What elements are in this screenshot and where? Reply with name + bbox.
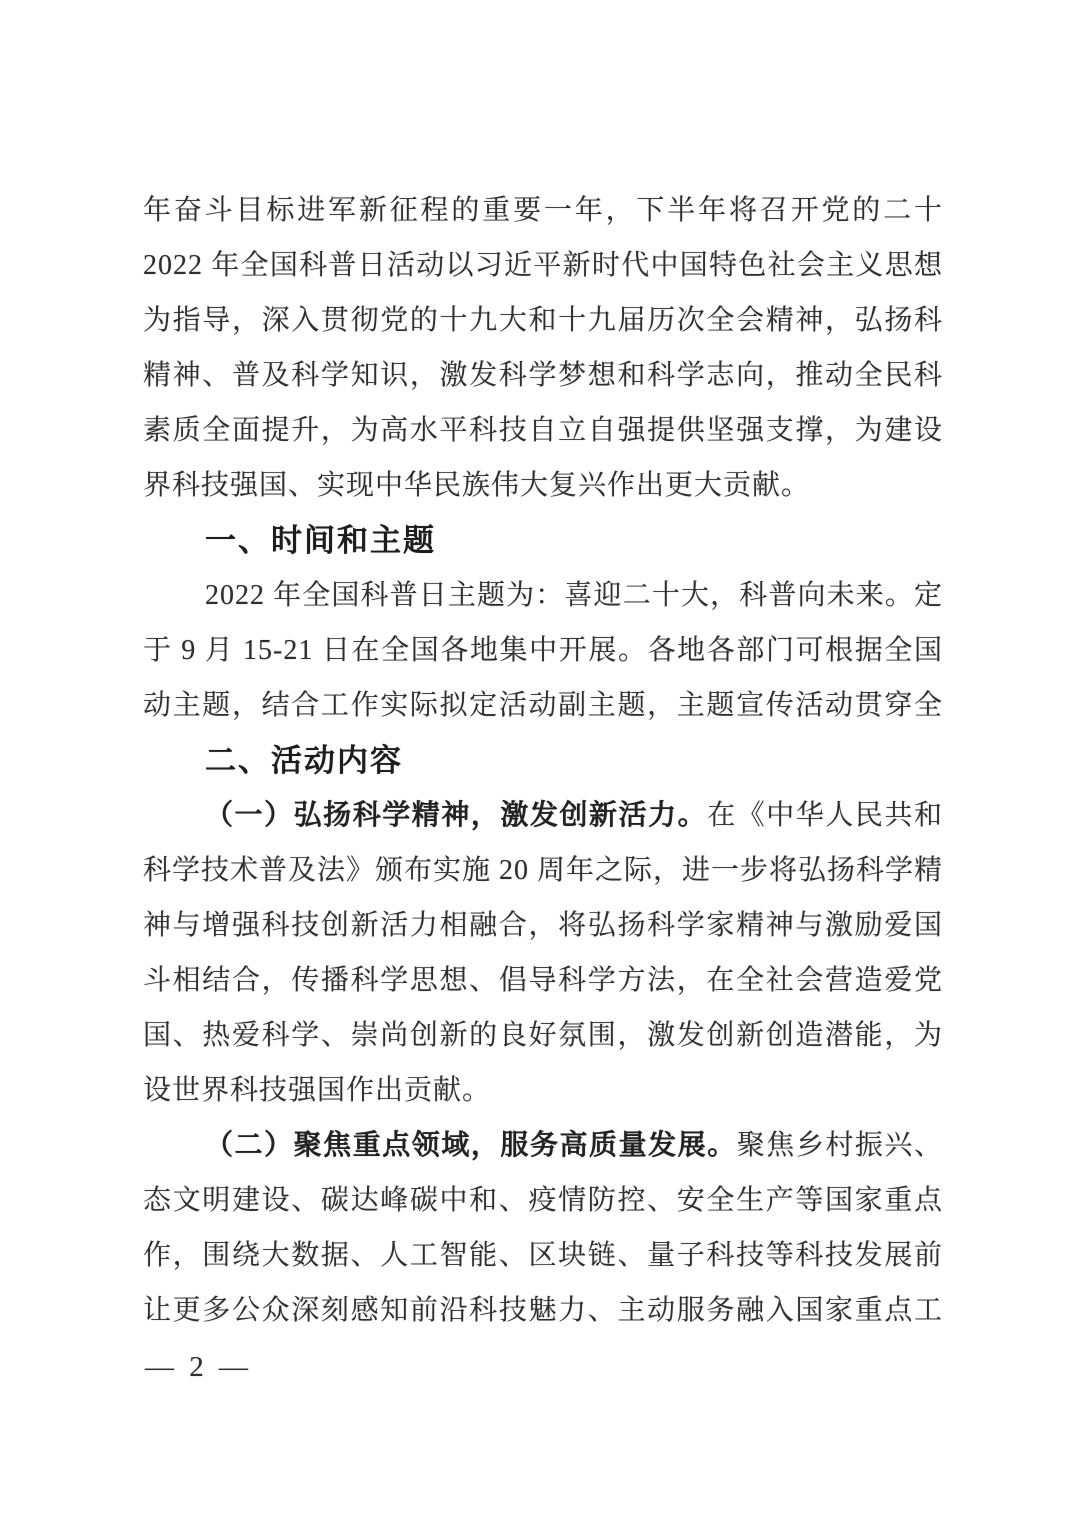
body-line-text: 年奋斗目标进军新征程的重要一年，下半年将召开党的二十大。	[143, 195, 943, 238]
body-line: 精神、普及科学知识，激发科学梦想和科学志向，推动全民科学	[143, 348, 943, 403]
body-line-text: 国、热爱科学、崇尚创新的良好氛围，激发创新创造潜能，为建	[143, 1020, 943, 1063]
body-line-text: 态文明建设、碳达峰碳中和、疫情防控、安全生产等国家重点工	[143, 1185, 943, 1228]
body-line: 神与增强科技创新活力相融合，将弘扬科学家精神与激励爱国奋	[143, 898, 943, 953]
body-line: 2022 年全国科普日活动以习近平新时代中国特色社会主义思想	[143, 238, 943, 293]
body-line: 态文明建设、碳达峰碳中和、疫情防控、安全生产等国家重点工	[143, 1173, 943, 1228]
item-lead-bold: （一）弘扬科学精神，激发创新活力。	[205, 800, 707, 831]
body-line-text: 设世界科技强国作出贡献。	[143, 1075, 491, 1106]
body-line: 科学技术普及法》颁布实施 20 周年之际，进一步将弘扬科学精	[143, 843, 943, 898]
body-line: 2022 年全国科普日主题为：喜迎二十大，科普向未来。定	[143, 568, 943, 623]
body-line: 于 9 月 15-21 日在全国各地集中开展。各地各部门可根据全国活	[143, 623, 943, 678]
body-line-text: 于 9 月 15-21 日在全国各地集中开展。各地各部门可根据全国活	[143, 635, 943, 678]
section-heading-text: 一、时间和主题	[205, 523, 436, 558]
body-line-text: 为指导，深入贯彻党的十九大和十九届历次全会精神，弘扬科学	[143, 305, 943, 348]
body-line-text: 素质全面提升，为高水平科技自立自强提供坚强支撑，为建设世	[143, 415, 943, 458]
body-line-text: 动主题，结合工作实际拟定活动副主题，主题宣传活动贯穿全年。	[143, 690, 943, 733]
body-line-text: 作，围绕大数据、人工智能、区块链、量子科技等科技发展前沿，	[143, 1240, 943, 1283]
section-heading-1: 一、时间和主题	[143, 513, 943, 568]
body-line: 设世界科技强国作出贡献。	[143, 1063, 943, 1118]
body-line-text: 让更多公众深刻感知前沿科技魅力、主动服务融入国家重点工	[143, 1295, 943, 1326]
document-body: 年奋斗目标进军新征程的重要一年，下半年将召开党的二十大。 2022 年全国科普日…	[143, 183, 943, 1338]
body-line-text: 界科技强国、实现中华民族伟大复兴作出更大贡献。	[143, 470, 810, 501]
body-line: 年奋斗目标进军新征程的重要一年，下半年将召开党的二十大。	[143, 183, 943, 238]
body-line: 素质全面提升，为高水平科技自立自强提供坚强支撑，为建设世	[143, 403, 943, 458]
document-page: 年奋斗目标进军新征程的重要一年，下半年将召开党的二十大。 2022 年全国科普日…	[0, 0, 1080, 1527]
body-line-text: 2022 年全国科普日主题为：喜迎二十大，科普向未来。定	[205, 580, 943, 611]
body-line: 让更多公众深刻感知前沿科技魅力、主动服务融入国家重点工	[143, 1283, 943, 1338]
body-line: （二）聚焦重点领域，服务高质量发展。聚焦乡村振兴、生	[143, 1118, 943, 1173]
body-line-text: 神与增强科技创新活力相融合，将弘扬科学家精神与激励爱国奋	[143, 910, 943, 953]
page-number: — 2 —	[145, 1340, 252, 1395]
body-line: （一）弘扬科学精神，激发创新活力。在《中华人民共和国	[143, 788, 943, 843]
body-line: 界科技强国、实现中华民族伟大复兴作出更大贡献。	[143, 458, 943, 513]
body-line: 作，围绕大数据、人工智能、区块链、量子科技等科技发展前沿，	[143, 1228, 943, 1283]
body-line: 动主题，结合工作实际拟定活动副主题，主题宣传活动贯穿全年。	[143, 678, 943, 733]
section-heading-2: 二、活动内容	[143, 733, 943, 788]
body-line-text: 科学技术普及法》颁布实施 20 周年之际，进一步将弘扬科学精	[143, 855, 943, 886]
body-line: 斗相结合，传播科学思想、倡导科学方法，在全社会营造爱党爱	[143, 953, 943, 1008]
section-heading-text: 二、活动内容	[205, 743, 403, 778]
item-lead-bold: （二）聚焦重点领域，服务高质量发展。	[205, 1130, 737, 1161]
body-line: 为指导，深入贯彻党的十九大和十九届历次全会精神，弘扬科学	[143, 293, 943, 348]
body-line-text: 精神、普及科学知识，激发科学梦想和科学志向，推动全民科学	[143, 360, 943, 403]
body-line-text: 斗相结合，传播科学思想、倡导科学方法，在全社会营造爱党爱	[143, 965, 943, 1008]
body-line: 国、热爱科学、崇尚创新的良好氛围，激发创新创造潜能，为建	[143, 1008, 943, 1063]
body-line-text: 2022 年全国科普日活动以习近平新时代中国特色社会主义思想	[143, 250, 943, 281]
